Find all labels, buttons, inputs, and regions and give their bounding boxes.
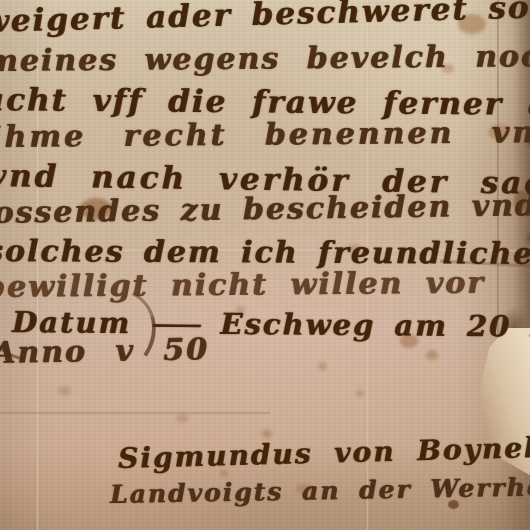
photo-vignette bbox=[0, 0, 530, 530]
manuscript-photo: weigert ader beschweret so meines wegens… bbox=[0, 0, 530, 530]
